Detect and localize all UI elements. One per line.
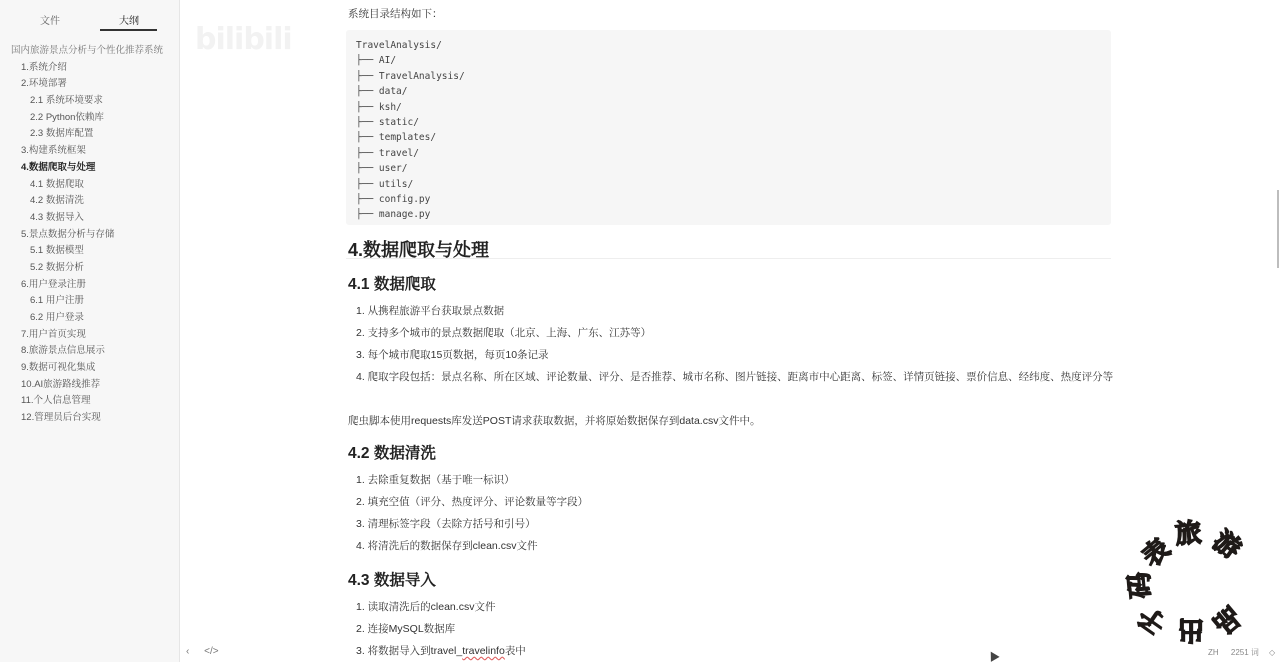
outline-item[interactable]: 8.旅游景点信息展示 — [0, 343, 180, 360]
active-tab-indicator — [100, 29, 157, 31]
outline-item[interactable]: 6.1 用户注册 — [0, 293, 180, 310]
heading-4-1: 4.1 数据爬取 — [348, 272, 436, 294]
heading-divider — [346, 258, 1111, 259]
channel-watermark: 旅 游 表 码 子 出 品 — [1120, 505, 1270, 645]
code-line: ├── templates/ — [356, 130, 1101, 145]
watermark-char: 出 — [1178, 613, 1204, 650]
word-count-toggle-icon[interactable]: ◇ — [1269, 648, 1275, 657]
outline-item[interactable]: 11.个人信息管理 — [0, 393, 180, 410]
tab-outline[interactable]: 大纲 — [119, 12, 139, 27]
outline-item[interactable]: 4.数据爬取与处理 — [0, 160, 180, 177]
outline-item[interactable]: 7.用户首页实现 — [0, 327, 180, 344]
outline-item[interactable]: 2.2 Python依赖库 — [0, 110, 180, 127]
code-line: ├── TravelAnalysis/ — [356, 69, 1101, 84]
outline-item[interactable]: 5.景点数据分析与存储 — [0, 227, 180, 244]
list-4-1: 1. 从携程旅游平台获取景点数据 2. 支持多个城市的景点数据爬取（北京、上海、… — [356, 304, 1116, 392]
code-line: ├── data/ — [356, 84, 1101, 99]
code-line: ├── ksh/ — [356, 100, 1101, 115]
outline-item[interactable]: 6.2 用户登录 — [0, 310, 180, 327]
outline-item[interactable]: 1.系统介绍 — [0, 60, 180, 77]
code-line: TravelAnalysis/ — [356, 38, 1101, 53]
footer-left: ‹ </> — [186, 646, 231, 657]
code-line: ├── travel/ — [356, 146, 1101, 161]
outline-item[interactable]: 国内旅游景点分析与个性化推荐系统 — [0, 43, 180, 60]
list-item: 3. 将数据导入到travel_travelinfo表中 — [356, 644, 1116, 659]
code-line: ├── static/ — [356, 115, 1101, 130]
outline-item[interactable]: 2.1 系统环境要求 — [0, 93, 180, 110]
vertical-scrollbar[interactable] — [1277, 190, 1279, 268]
spellcheck-word[interactable]: travelinfo — [462, 645, 505, 657]
list-item: 1. 去除重复数据（基于唯一标识） — [356, 473, 1116, 488]
watermark-char: 码 — [1118, 571, 1157, 600]
outline-item[interactable]: 4.3 数据导入 — [0, 210, 180, 227]
list-item: 2. 填充空值（评分、热度评分、评论数量等字段） — [356, 495, 1116, 510]
heading-4-2: 4.2 数据清洗 — [348, 441, 436, 463]
sidebar-tabs: 文件 大纲 — [0, 0, 179, 34]
outline-item[interactable]: 6.用户登录注册 — [0, 277, 180, 294]
outline-item[interactable]: 12.管理员后台实现 — [0, 410, 180, 427]
outline-item[interactable]: 3.构建系统框架 — [0, 143, 180, 160]
watermark-char: 品 — [1206, 599, 1250, 644]
collapse-sidebar-icon[interactable]: ‹ — [186, 646, 189, 657]
outline-item[interactable]: 2.环境部署 — [0, 76, 180, 93]
language-indicator[interactable]: ZH — [1208, 648, 1219, 657]
watermark-char: 表 — [1133, 529, 1177, 574]
list-item-text: 表中 — [505, 645, 526, 657]
watermark-char: 游 — [1207, 521, 1250, 566]
source-code-mode-icon[interactable]: </> — [204, 646, 218, 657]
outline-item[interactable]: 4.2 数据清洗 — [0, 193, 180, 210]
code-line: ├── user/ — [356, 161, 1101, 176]
list-item: 1. 从携程旅游平台获取景点数据 — [356, 304, 1116, 319]
outline-item[interactable]: 9.数据可视化集成 — [0, 360, 180, 377]
word-count[interactable]: 2251 词 — [1231, 648, 1259, 657]
code-line: ├── config.py — [356, 192, 1101, 207]
list-item: 4. 将清洗后的数据保存到clean.csv文件 — [356, 539, 1116, 554]
list-item: 3. 清理标签字段（去除方括号和引号） — [356, 517, 1116, 532]
footer-status: ZH 2251 词◇ — [1208, 647, 1280, 658]
list-4-3: 1. 读取清洗后的clean.csv文件 2. 连接MySQL数据库 3. 将数… — [356, 600, 1116, 662]
watermark-char: 子 — [1130, 599, 1173, 644]
list-item: 2. 连接MySQL数据库 — [356, 622, 1116, 637]
crawler-paragraph: 爬虫脚本使用requests库发送POST请求获取数据，并将原始数据保存到dat… — [348, 413, 760, 428]
code-line: ├── manage.py — [356, 207, 1101, 222]
watermark-char: 旅 — [1173, 512, 1202, 551]
outline-item[interactable]: 2.3 数据库配置 — [0, 126, 180, 143]
list-item: 4. 爬取字段包括：景点名称、所在区域、评论数量、评分、是否推荐、城市名称、图片… — [356, 370, 1116, 385]
outline-item[interactable]: 10.AI旅游路线推荐 — [0, 377, 180, 394]
outline-item[interactable]: 5.1 数据模型 — [0, 243, 180, 260]
bilibili-watermark: bilibili — [195, 22, 292, 57]
outline-item[interactable]: 5.2 数据分析 — [0, 260, 180, 277]
list-item: 3. 每个城市爬取15页数据，每页10条记录 — [356, 348, 1116, 363]
sidebar: 文件 大纲 国内旅游景点分析与个性化推荐系统1.系统介绍2.环境部署2.1 系统… — [0, 0, 180, 662]
heading-4-3: 4.3 数据导入 — [348, 568, 436, 590]
outline-list: 国内旅游景点分析与个性化推荐系统1.系统介绍2.环境部署2.1 系统环境要求2.… — [0, 43, 180, 427]
code-line: ├── AI/ — [356, 53, 1101, 68]
code-block[interactable]: TravelAnalysis/├── AI/├── TravelAnalysis… — [346, 30, 1111, 225]
list-item-text: 3. 将数据导入到travel_ — [356, 645, 462, 657]
outline-item[interactable]: 4.1 数据爬取 — [0, 177, 180, 194]
tab-files[interactable]: 文件 — [40, 12, 60, 27]
code-line: ├── utils/ — [356, 177, 1101, 192]
intro-text: 系统目录结构如下： — [348, 6, 443, 21]
list-item: 2. 支持多个城市的景点数据爬取（北京、上海、广东、江苏等） — [356, 326, 1116, 341]
list-item: 1. 读取清洗后的clean.csv文件 — [356, 600, 1116, 615]
list-4-2: 1. 去除重复数据（基于唯一标识） 2. 填充空值（评分、热度评分、评论数量等字… — [356, 473, 1116, 561]
